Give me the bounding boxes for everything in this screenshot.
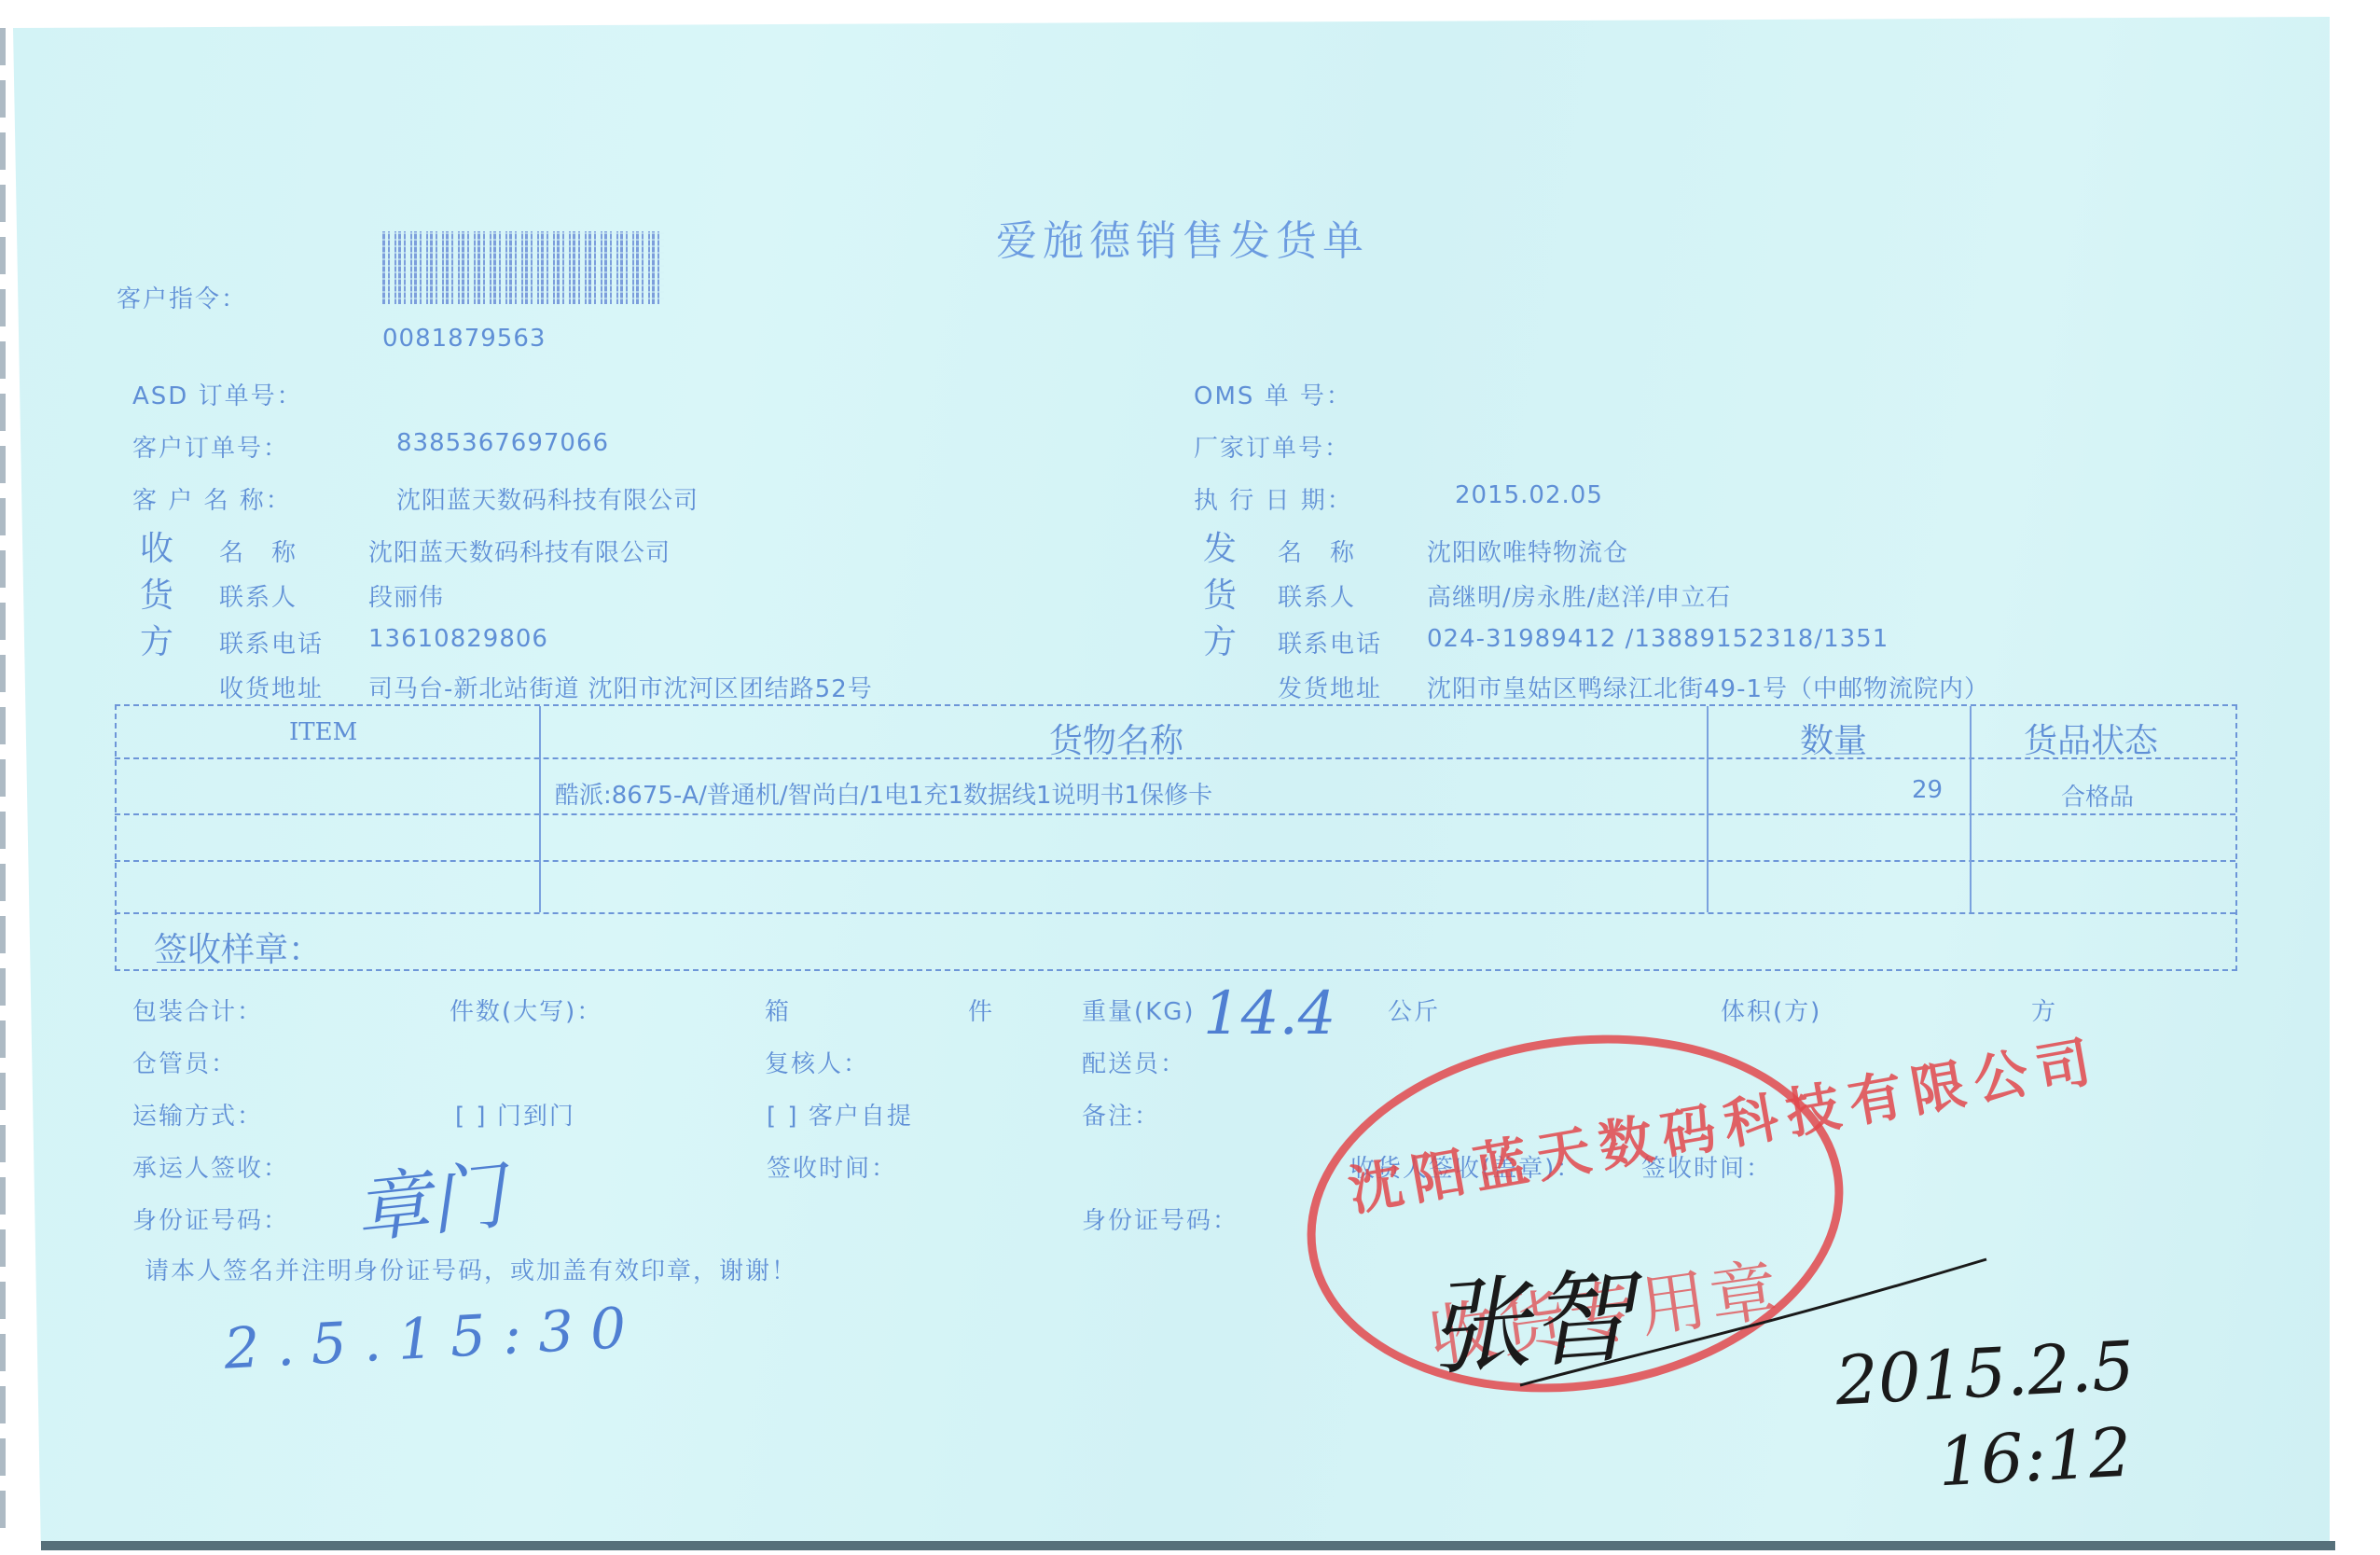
column-header-status: 货品状态 [2024,715,2158,762]
shipper-contact-label: 联系人 [1278,578,1356,613]
weight-unit-label: 公斤 [1388,993,1440,1027]
column-divider [539,706,541,912]
shipper-side-char-1: 发 [1203,522,1237,570]
column-divider [1707,706,1709,912]
receiver-name-label: 名 称 [219,534,297,568]
document-title: 爱施德销售发货单 [996,207,1369,267]
perforated-edge [0,28,6,1539]
customer-command-label: 客户指令： [117,280,247,314]
carrier-sign-label: 承运人签收： [132,1149,289,1184]
package-total-label: 包装合计： [132,993,263,1027]
piece-label: 件 [968,993,994,1027]
customer-command-value: 0081879563 [382,325,546,353]
receiver-address-label: 收货地址 [219,670,324,704]
customer-name-value: 沈阳蓝天数码科技有限公司 [396,481,699,516]
oms-order-label: OMS 单 号： [1194,377,1352,411]
weight-label: 重量(KG) [1082,993,1196,1027]
transport-method-label: 运输方式： [132,1097,263,1132]
box-label: 箱 [765,993,791,1027]
asd-order-label: ASD 订单号： [132,377,303,411]
receiver-side-char-3: 方 [140,616,173,663]
execution-date-label: 执 行 日 期： [1194,481,1353,516]
deliverer-label: 配送员： [1082,1045,1186,1079]
receiver-address-value: 司马台-新北站街道 沈阳市沈河区团结路52号 [368,670,873,704]
warehouse-keeper-label: 仓管员： [132,1045,237,1079]
sign-sample-label: 签收样章： [154,923,322,971]
volume-label: 体积(方) [1721,993,1821,1027]
receiver-side-char-2: 货 [140,569,173,617]
shipper-name-label: 名 称 [1278,534,1356,568]
shipper-side-char-2: 货 [1203,569,1237,617]
transport-option-door-to-door: [ ] 门到门 [455,1097,575,1132]
factory-order-label: 厂家订单号： [1194,429,1350,464]
barcode [382,231,664,304]
customer-order-value: 8385367697066 [396,429,609,457]
weight-handwritten-value: 14.4 [1203,979,1336,1048]
id-number-left-label: 身份证号码： [132,1201,289,1236]
pieces-upper-label: 件数(大写)： [450,993,602,1027]
shipper-contact-value: 高继明/房永胜/赵洋/申立石 [1427,578,1731,613]
receiver-contact-label: 联系人 [219,578,297,613]
table-divider [115,813,2235,815]
shipper-address-label: 发货地址 [1278,670,1382,704]
reviewer-label: 复核人： [765,1045,869,1079]
table-divider [115,912,2235,914]
receiver-phone-label: 联系电话 [219,625,324,659]
shipper-name-value: 沈阳欧唯特物流仓 [1427,534,1628,568]
shipper-side-char-3: 方 [1203,616,1237,663]
table-row-goods-name: 酷派:8675-A/普通机/智尚白/1电1充1数据线1说明书1保修卡 [555,776,1212,811]
perforated-bottom-strip [41,1541,2335,1550]
column-divider [1970,706,1972,912]
shipper-phone-label: 联系电话 [1278,625,1382,659]
receiver-name-value: 沈阳蓝天数码科技有限公司 [368,534,671,568]
execution-date-value: 2015.02.05 [1455,481,1603,509]
table-divider [115,860,2235,862]
receiver-contact-value: 段丽伟 [368,578,444,613]
handwritten-date: 2015.2.5 [1833,1326,2137,1421]
id-number-right-label: 身份证号码： [1082,1201,1238,1236]
remark-label: 备注： [1082,1097,1160,1132]
transport-option-self-pickup: [ ] 客户自提 [767,1097,913,1132]
shipper-address-value: 沈阳市皇姑区鸭绿江北街49-1号（中邮物流院内） [1427,670,1989,704]
receiver-side-char-1: 收 [140,522,173,570]
customer-order-label: 客户订单号： [132,429,289,464]
customer-name-label: 客 户 名 称： [132,481,292,516]
column-header-item: ITEM [289,718,357,746]
table-row-status: 合格品 [2061,778,2134,812]
signature-notice: 请本人签名并注明身份证号码，或加盖有效印章，谢谢！ [145,1252,797,1286]
volume-unit-label: 方 [2031,993,2057,1027]
column-header-quantity: 数量 [1800,715,1867,762]
handwritten-time: 16:12 [1936,1413,2134,1502]
receiver-phone-value: 13610829806 [368,625,548,653]
sign-time-label: 签收时间： [767,1149,897,1184]
shipper-phone-value: 024-31989412 /13889152318/1351 [1427,625,1889,653]
column-header-goods-name: 货物名称 [1049,715,1183,762]
table-row-quantity: 29 [1912,776,1943,804]
carrier-signature: 章门 [349,1135,508,1257]
